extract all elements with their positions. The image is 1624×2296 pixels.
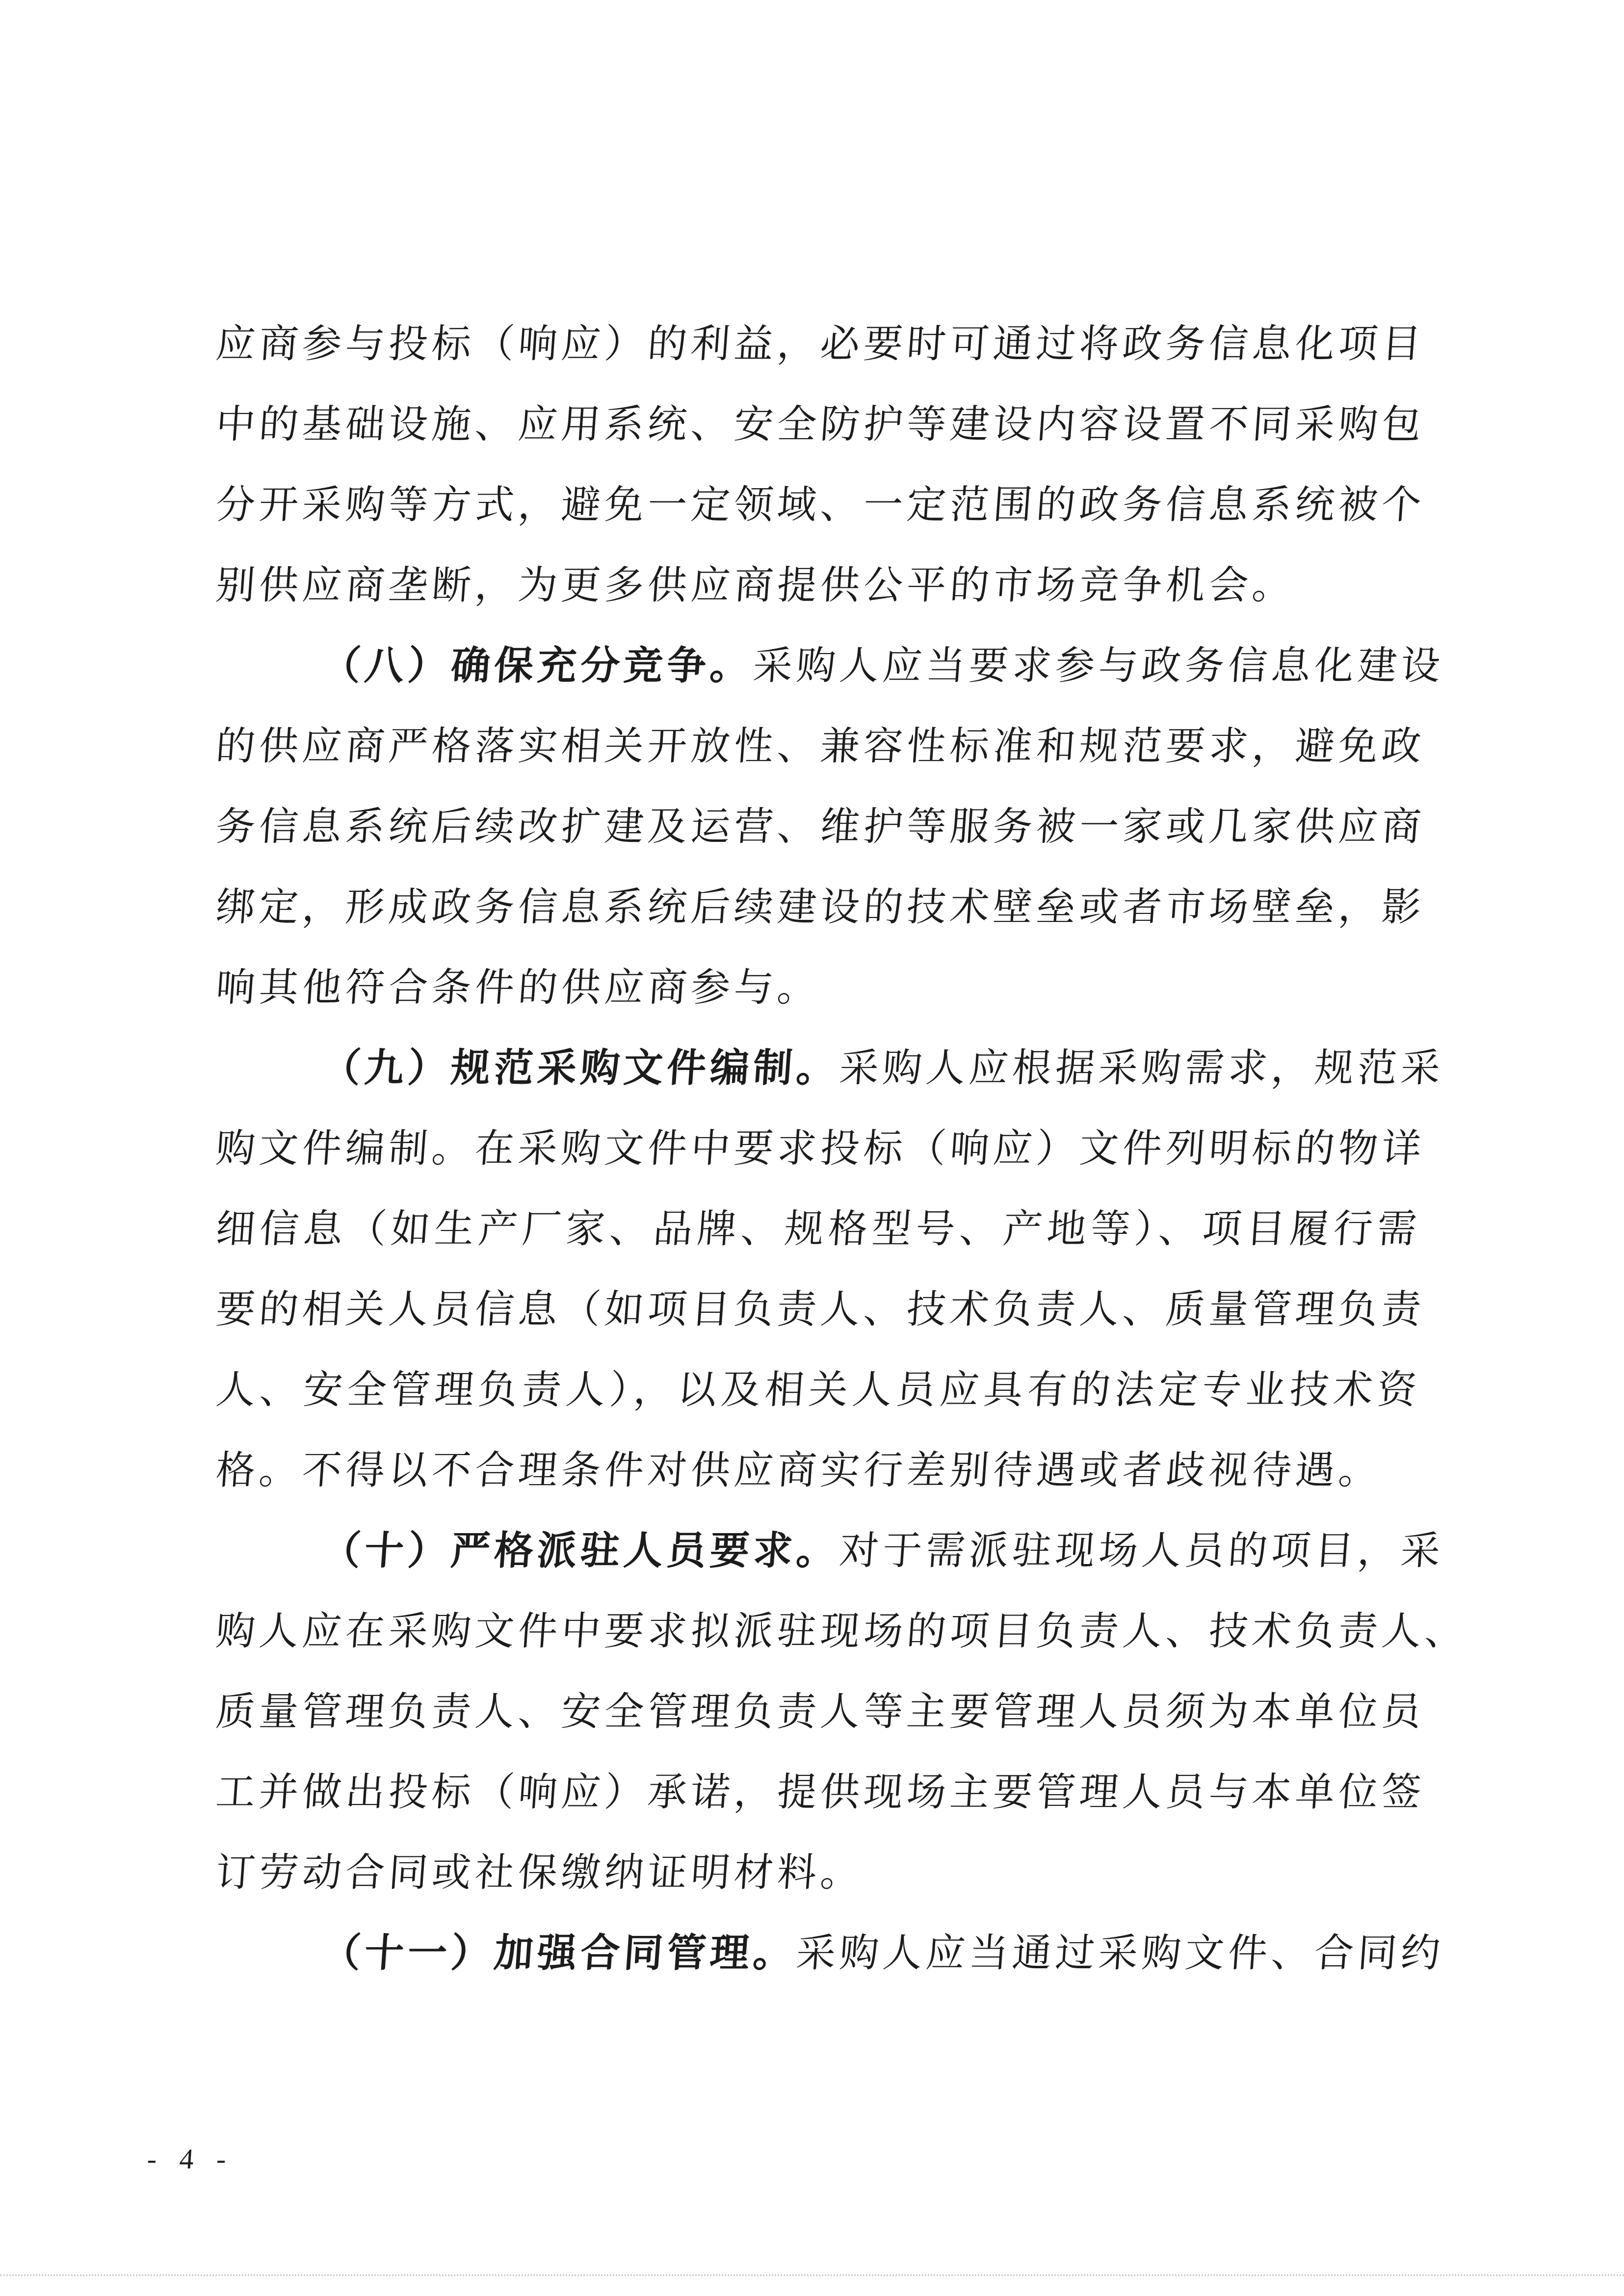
line-text: 绑定，形成政务信息系统后续建设的技术壁垒或者市场壁垒，影	[214, 886, 1426, 929]
line-text: 采购人应根据采购需求，规范采	[838, 1047, 1445, 1090]
doc-line: 的供应商严格落实相关开放性、兼容性标准和规范要求，避免政	[213, 706, 1423, 787]
doc-line: （九）规范采购文件编制。采购人应根据采购需求，规范采	[213, 1028, 1423, 1109]
line-text: 购文件编制。在采购文件中要求投标（响应）文件列明标的物详	[214, 1127, 1426, 1171]
line-text: 质量管理负责人、安全管理负责人等主要管理人员须为本单位员	[214, 1691, 1426, 1734]
doc-line: 别供应商垄断，为更多供应商提供公平的市场竞争机会。	[213, 546, 1423, 626]
doc-line: 响其他符合条件的供应商参与。	[213, 948, 1423, 1028]
line-text: 购人应在采购文件中要求拟派驻现场的项目负责人、技术负责人、	[214, 1610, 1469, 1653]
doc-line: 分开采购等方式，避免一定领域、一定范围的政务信息系统被个	[213, 465, 1423, 546]
doc-line: 购人应在采购文件中要求拟派驻现场的项目负责人、技术负责人、	[213, 1592, 1423, 1672]
line-text: 务信息系统后续改扩建及运营、维护等服务被一家或几家供应商	[214, 806, 1426, 849]
doc-line: 购文件编制。在采购文件中要求投标（响应）文件列明标的物详	[213, 1109, 1423, 1189]
doc-line: 人、安全管理负责人），以及相关人员应具有的法定专业技术资	[213, 1350, 1423, 1431]
scan-artifact-line	[0, 2274, 1624, 2276]
line-text: 工并做出投标（响应）承诺，提供现场主要管理人员与本单位签	[214, 1771, 1426, 1814]
line-text: 的供应商严格落实相关开放性、兼容性标准和规范要求，避免政	[214, 725, 1426, 768]
line-text: 订劳动合同或社保缴纳证明材料。	[214, 1852, 865, 1895]
section-heading: （九）规范采购文件编制。	[320, 1047, 841, 1090]
doc-line: （八）确保充分竞争。采购人应当要求参与政务信息化建设	[213, 626, 1423, 706]
doc-line: 绑定，形成政务信息系统后续建设的技术壁垒或者市场壁垒，影	[213, 867, 1423, 948]
doc-line: （十）严格派驻人员要求。对于需派驻现场人员的项目，采	[213, 1511, 1423, 1592]
line-text: 响其他符合条件的供应商参与。	[214, 966, 822, 1010]
doc-line: 订劳动合同或社保缴纳证明材料。	[213, 1833, 1423, 1913]
doc-line: 细信息（如生产厂家、品牌、规格型号、产地等）、项目履行需	[213, 1189, 1423, 1270]
line-text: 人、安全管理负责人），以及相关人员应具有的法定专业技术资	[214, 1369, 1422, 1412]
line-text: 采购人应当通过采购文件、合同约	[795, 1932, 1445, 1975]
document-body: 应商参与投标（响应）的利益，必要时可通过将政务信息化项目 中的基础设施、应用系统…	[216, 304, 1420, 1994]
scanned-page: 应商参与投标（响应）的利益，必要时可通过将政务信息化项目 中的基础设施、应用系统…	[0, 0, 1624, 2296]
line-text: 采购人应当要求参与政务信息化建设	[752, 645, 1445, 688]
doc-line: （十一）加强合同管理。采购人应当通过采购文件、合同约	[213, 1913, 1423, 1994]
line-text: 格。不得以不合理条件对供应商实行差别待遇或者歧视待遇。	[214, 1449, 1383, 1492]
line-text: 应商参与投标（响应）的利益，必要时可通过将政务信息化项目	[214, 323, 1426, 366]
line-text: 分开采购等方式，避免一定领域、一定范围的政务信息系统被个	[214, 484, 1426, 527]
section-heading: （八）确保充分竞争。	[320, 645, 755, 688]
doc-line: 要的相关人员信息（如项目负责人、技术负责人、质量管理负责	[213, 1270, 1423, 1350]
section-heading: （十）严格派驻人员要求。	[320, 1530, 841, 1573]
doc-line: 务信息系统后续改扩建及运营、维护等服务被一家或几家供应商	[213, 787, 1423, 867]
line-text: 对于需派驻现场人员的项目，采	[838, 1530, 1445, 1573]
doc-line: 格。不得以不合理条件对供应商实行差别待遇或者歧视待遇。	[213, 1431, 1423, 1511]
doc-line: 质量管理负责人、安全管理负责人等主要管理人员须为本单位员	[213, 1672, 1423, 1752]
doc-line: 应商参与投标（响应）的利益，必要时可通过将政务信息化项目	[213, 304, 1423, 385]
section-heading: （十一）加强合同管理。	[320, 1932, 798, 1975]
doc-line: 中的基础设施、应用系统、安全防护等建设内容设置不同采购包	[213, 385, 1423, 465]
line-text: 别供应商垄断，为更多供应商提供公平的市场竞争机会。	[214, 564, 1297, 607]
doc-line: 工并做出投标（响应）承诺，提供现场主要管理人员与本单位签	[213, 1752, 1423, 1833]
line-text: 细信息（如生产厂家、品牌、规格型号、产地等）、项目履行需	[214, 1208, 1422, 1251]
line-text: 要的相关人员信息（如项目负责人、技术负责人、质量管理负责	[214, 1288, 1426, 1331]
line-text: 中的基础设施、应用系统、安全防护等建设内容设置不同采购包	[214, 403, 1426, 446]
page-number: - 4 -	[146, 2137, 236, 2181]
